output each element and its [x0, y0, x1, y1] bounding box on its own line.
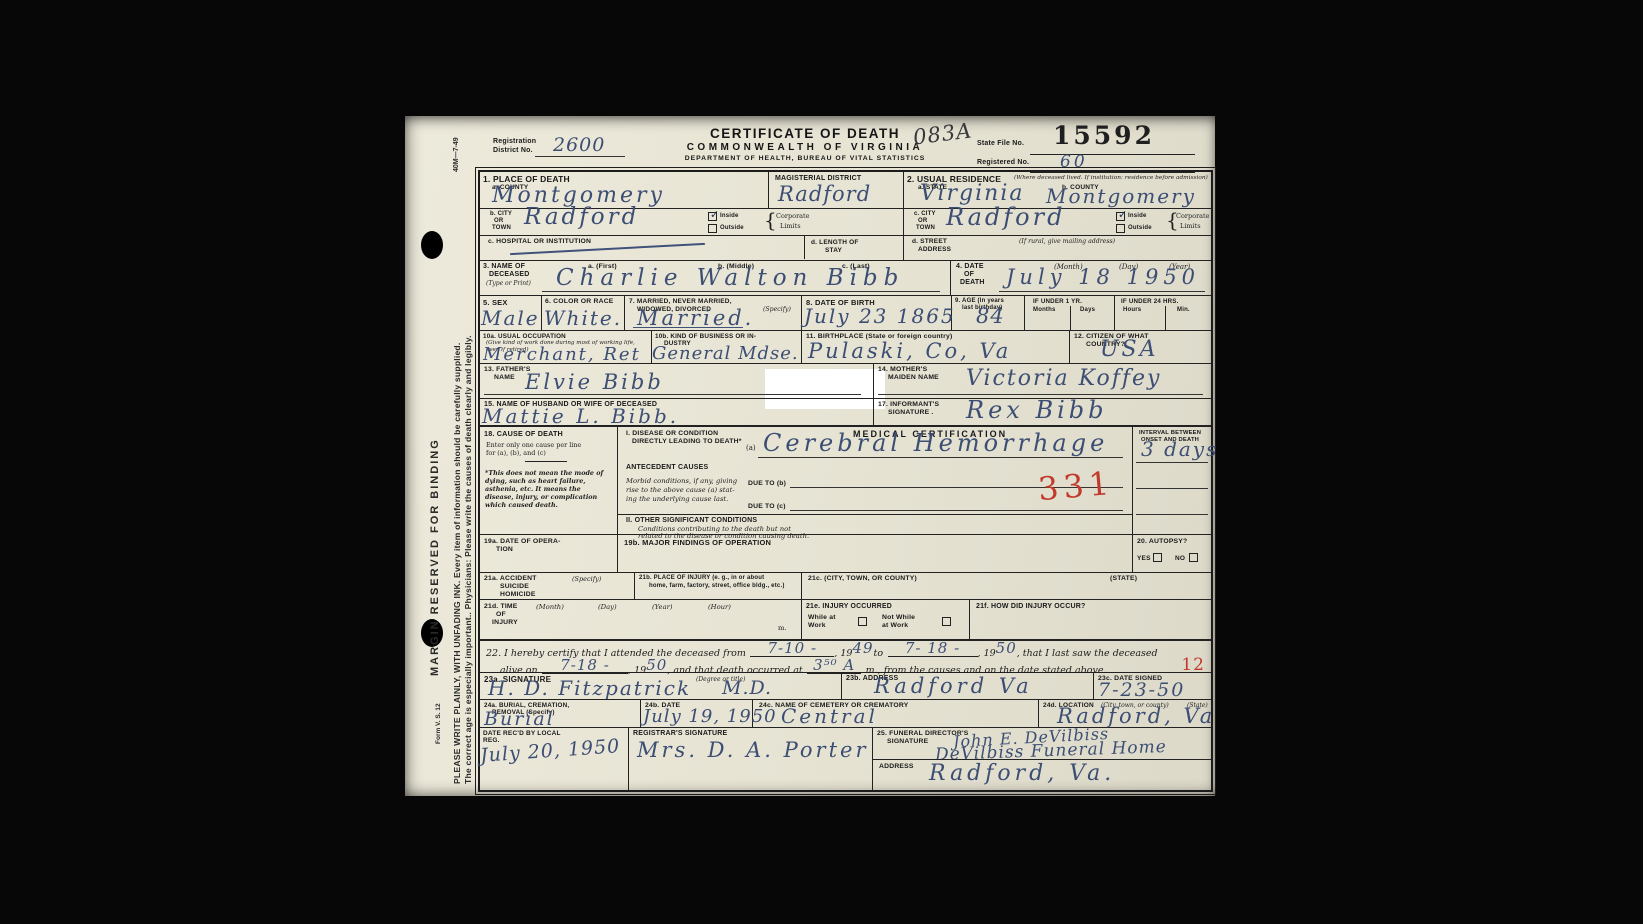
cemetery-value: Central — [781, 704, 878, 728]
operation-date-label2: TION — [496, 546, 513, 554]
margin-binding-note: MARGIN RESERVED FOR BINDING — [429, 438, 441, 676]
interval-rule3 — [1136, 514, 1208, 515]
pencil-code: 083A — [912, 118, 974, 149]
funeral-address-subrow: ADDRESS Radford, Va. — [873, 759, 1211, 790]
funeral-director-label2: SIGNATURE — [887, 738, 928, 746]
punch-hole-top — [421, 231, 443, 259]
citizen-value: USA — [1100, 337, 1159, 362]
burial-location-box: 24d. LOCATION (City, town, or county) (S… — [1039, 700, 1211, 727]
res-inside-label: Inside — [1128, 213, 1147, 220]
accident-label1: 21a. ACCIDENT — [484, 575, 537, 583]
street-address-note: (If rural, give mailing address) — [1019, 238, 1115, 246]
length-of-stay-label1: d. LENGTH OF — [811, 239, 859, 247]
red-annotation: 12 — [1181, 655, 1205, 675]
registration-label-line1: Registration — [493, 138, 536, 146]
alive-year-value: 50 — [646, 656, 667, 674]
row-spouse-informant: 15. NAME OF HUSBAND OR WIFE OF DECEASED … — [480, 399, 1211, 426]
death-certificate-scan: 40M—7-49 MARGIN RESERVED FOR BINDING PLE… — [405, 116, 1215, 796]
registrar-signature-box: REGISTRAR'S SIGNATURE Mrs. D. A. Porter — [629, 728, 873, 790]
informant-box: 17. INFORMANT'S SIGNATURE . Rex Bibb — [874, 399, 1211, 425]
injury-state-label: (STATE) — [1110, 575, 1137, 583]
marital-status-box: 7. MARRIED, NEVER MARRIED, WIDOWED, DIVO… — [625, 296, 802, 330]
operation-findings-box: 19b. MAJOR FINDINGS OF OPERATION — [618, 535, 1133, 572]
pod-corporate-label1: Corporate — [776, 212, 810, 220]
hours-min-divider — [1165, 306, 1166, 330]
place-of-injury-box: 21b. PLACE OF INJURY (e. g., in or about… — [635, 573, 802, 599]
birthplace-box: 11. BIRTHPLACE (State or foreign country… — [802, 331, 1070, 363]
not-while-checkbox — [942, 617, 951, 626]
injury-m-label: m. — [778, 624, 787, 632]
spouse-value: Mattie L. Bibb. — [482, 404, 679, 428]
row-registrar-funeral: DATE REC'D BY LOCAL REG. July 20, 1950 R… — [480, 728, 1211, 790]
pod-outside-label: Outside — [720, 225, 744, 232]
disease-label1: I. DISEASE OR CONDITION — [626, 430, 718, 438]
death-hour-value: 3⁵⁰ A — [813, 656, 855, 674]
operation-date-label1: 19a. DATE OF OPERA- — [484, 538, 561, 546]
father-box: 13. FATHER'S NAME Elvie Bibb — [480, 364, 874, 398]
how-injury-label: 21f. HOW DID INJURY OCCUR? — [976, 603, 1085, 611]
cause-code-stamp: 331 — [1036, 463, 1115, 507]
pod-outside-checkbox — [708, 224, 717, 233]
cause-a-value: Cerebral Hemorrhage — [763, 429, 1108, 457]
registered-number-label: Registered No. — [977, 159, 1029, 167]
accident-specify-label: (Specify) — [572, 575, 601, 583]
dod-value: July 18 1950 — [1006, 265, 1200, 289]
certify-statement: 22. I hereby certify that I attended the… — [480, 641, 1211, 672]
injury-day-label: (Day) — [598, 603, 617, 611]
accident-box: 21a. ACCIDENT (Specify) SUICIDE HOMICIDE — [480, 573, 635, 599]
autopsy-yes-label: YES — [1137, 555, 1151, 563]
injury-time-label3: INJURY — [492, 619, 518, 627]
injury-city-state-box: 21c. (CITY, TOWN, OR COUNTY) (STATE) — [802, 573, 1211, 599]
operation-findings-label: 19b. MAJOR FINDINGS OF OPERATION — [624, 538, 771, 547]
magisterial-district-value: Radford — [778, 182, 871, 206]
funeral-address-value: Radford, Va. — [929, 761, 1115, 786]
business-box: 10b. KIND OF BUSINESS OR IN- DUSTRY Gene… — [652, 331, 802, 363]
street-address-label1: d. STREET — [912, 238, 947, 246]
commonwealth-subtitle: COMMONWEALTH OF VIRGINIA — [655, 142, 955, 153]
sex-value: Male — [481, 306, 540, 330]
row-operation-autopsy: 19a. DATE OF OPERA- TION 19b. MAJOR FIND… — [480, 535, 1211, 573]
pod-corporate-brace: { — [764, 208, 777, 233]
certificate-form: 1. PLACE OF DEATH a. COUNTY Montgomery M… — [478, 170, 1213, 792]
how-injury-box: 21f. HOW DID INJURY OCCUR? — [970, 600, 1211, 639]
not-while-label1: Not While — [882, 614, 915, 622]
row-vitals: 5. SEX Male 6. COLOR OR RACE White. 7. M… — [480, 296, 1211, 331]
cause-note-divider — [525, 461, 567, 462]
burial-date-value: July 19, 1950 — [643, 706, 777, 727]
registration-rule — [535, 156, 625, 157]
cause-note-line2: for (a), (b), and (c) — [486, 449, 546, 457]
interval-rule2 — [1136, 488, 1208, 489]
occupation-box: 10a. USUAL OCCUPATION (Give kind of work… — [480, 331, 652, 363]
pod-city-label3: TOWN — [492, 225, 511, 232]
row-place-residence: 1. PLACE OF DEATH a. COUNTY Montgomery M… — [480, 172, 1211, 261]
res-corporate-label2: Limits — [1180, 222, 1201, 230]
dob-value: July 23 1865 — [804, 304, 956, 328]
dod-rule — [999, 291, 1205, 292]
accident-label2: SUICIDE — [500, 583, 529, 591]
accident-label3: HOMICIDE — [500, 591, 536, 599]
pod-city-subrow: b. CITY OR TOWN Radford ✓ Inside Outside… — [480, 209, 903, 236]
race-box: 6. COLOR OR RACE White. — [542, 296, 625, 330]
injury-city-label: 21c. (CITY, TOWN, OR COUNTY) — [808, 575, 917, 583]
row-name-dod: 3. NAME OF DECEASED (Type or Print) a. (… — [480, 261, 1211, 296]
autopsy-no-checkbox — [1189, 553, 1198, 562]
date-received-box: DATE REC'D BY LOCAL REG. July 20, 1950 — [480, 728, 629, 790]
antecedent-title: ANTECEDENT CAUSES — [626, 464, 708, 472]
to-year-value: 50 — [996, 639, 1017, 657]
physician-signature-box: 23a. SIGNATURE (Degree or title) H. D. F… — [480, 673, 842, 699]
under-24hr-label: IF UNDER 24 HRS. — [1121, 298, 1179, 305]
informant-value: Rex Bibb — [966, 396, 1107, 424]
row-injury-time: 21d. TIME OF INJURY (Month) (Day) (Year)… — [480, 600, 1211, 640]
name-label2: DECEASED — [489, 271, 530, 279]
interval-box: INTERVAL BETWEEN ONSET AND DEATH 3 days — [1133, 427, 1211, 535]
cause-of-death-label-box: 18. CAUSE OF DEATH Enter only one cause … — [480, 427, 618, 535]
occupation-value: Merchant, Ret — [483, 344, 641, 365]
under-24-hours-box: IF UNDER 24 HRS. Hours Min. — [1115, 296, 1211, 330]
interval-value: 3 days — [1141, 437, 1218, 461]
due-to-c-rule — [790, 510, 1123, 511]
injury-time-label2: OF — [496, 611, 506, 619]
row-occupation: 10a. USUAL OCCUPATION (Give kind of work… — [480, 331, 1211, 364]
injury-year-label: (Year) — [652, 603, 673, 611]
informant-label1: 17. INFORMANT'S — [878, 401, 939, 409]
marital-label1: 7. MARRIED, NEVER MARRIED, — [629, 298, 732, 306]
row-medical-certification: 18. CAUSE OF DEATH Enter only one cause … — [480, 426, 1211, 536]
informant-label2: SIGNATURE . — [888, 409, 934, 417]
physician-signature-value: H. D. Fitzpatrick — [488, 676, 691, 700]
interval-rule1 — [1136, 462, 1208, 463]
injury-occurred-box: 21e. INJURY OCCURRED While at Work Not W… — [802, 600, 970, 639]
under-one-year-box: IF UNDER 1 YR. Months Days — [1025, 296, 1115, 330]
marital-underline — [633, 327, 743, 328]
row-certify-statement: 22. I hereby certify that I attended the… — [480, 640, 1211, 673]
res-street-subrow: d. STREET ADDRESS (If rural, give mailin… — [904, 236, 1211, 259]
registered-number: 60 — [1060, 152, 1088, 172]
attended-from-value: 7-10 - — [768, 639, 818, 657]
state-file-number: 15592 — [1053, 121, 1155, 150]
res-county-value: Montgomery — [1046, 184, 1196, 208]
certify-text-2: to — [874, 648, 884, 659]
funeral-address-label: ADDRESS — [879, 763, 914, 771]
attended-to-value: 7- 18 - — [905, 639, 960, 657]
res-city-value: Radford — [946, 203, 1065, 231]
place-of-injury-label1: 21b. PLACE OF INJURY (e. g., in or about — [639, 575, 764, 582]
funeral-director-box: 25. FUNERAL DIRECTOR'S SIGNATURE John E.… — [873, 728, 1211, 790]
margin-instruction-line2: The correct age is especially important.… — [463, 335, 473, 784]
autopsy-label: 20. AUTOPSY? — [1137, 538, 1187, 546]
race-value: White. — [544, 306, 622, 330]
months-days-divider — [1070, 306, 1071, 330]
registration-district-number: 2600 — [553, 134, 605, 156]
injury-time-box: 21d. TIME OF INJURY (Month) (Day) (Year)… — [480, 600, 802, 639]
certificate-header: CERTIFICATE OF DEATH COMMONWEALTH OF VIR… — [655, 126, 955, 162]
scan-background: { "colors":{"paper":"#e6e3d3","ink":"#3c… — [0, 0, 1643, 924]
name-of-deceased-box: 3. NAME OF DECEASED (Type or Print) a. (… — [480, 261, 951, 295]
father-value: Elvie Bibb — [525, 370, 664, 394]
certify-text-3: , that I last saw the deceased — [1017, 648, 1158, 659]
hospital-label: c. HOSPITAL OR INSTITUTION — [488, 238, 591, 246]
father-label1: 13. FATHER'S — [484, 366, 531, 374]
res-city-subrow: c. CITY OR TOWN Radford ✓ Inside Outside… — [904, 209, 1211, 236]
pod-corporate-label2: Limits — [780, 222, 801, 230]
disease-label2: DIRECTLY LEADING TO DEATH* — [632, 438, 742, 446]
medical-certification-box: MEDICAL CERTIFICATION I. DISEASE OR COND… — [618, 427, 1133, 535]
injury-month-label: (Month) — [536, 603, 564, 611]
res-title-note: (Where deceased lived. If institution: r… — [1014, 175, 1208, 182]
res-corporate-label1: Corporate — [1176, 212, 1210, 220]
while-at-work-label2: Work — [808, 622, 826, 630]
burial-date-box: 24b. DATE July 19, 1950 — [641, 700, 753, 727]
date-signed-box: 23c. DATE SIGNED 7-23-50 — [1094, 673, 1211, 699]
autopsy-yes-checkbox — [1153, 553, 1162, 562]
burial-type-box: 24a. BURIAL, CREMATION, REMOVAL (Specify… — [480, 700, 641, 727]
not-while-label2: at Work — [882, 622, 908, 630]
mother-label2: MAIDEN NAME — [888, 374, 939, 382]
antecedent-note2: rise to the above cause (a) stat- — [626, 486, 735, 494]
checkmark-icon: ✓ — [1118, 208, 1127, 221]
injury-time-label1: 21d. TIME — [484, 603, 518, 611]
cause-note-line1: Enter only one cause per line — [486, 441, 581, 449]
min-label: Min. — [1177, 307, 1190, 314]
date-received-value: July 20, 1950 — [479, 735, 621, 767]
under-1yr-label: IF UNDER 1 YR. — [1033, 298, 1082, 305]
usual-residence-box: 2. USUAL RESIDENCE (Where deceased lived… — [904, 172, 1211, 260]
pod-inside-label: Inside — [720, 213, 739, 220]
birthplace-value: Pulaski, Co, Va — [808, 339, 1011, 363]
mother-value: Victoria Koffey — [966, 366, 1161, 391]
interval-label1: INTERVAL BETWEEN — [1139, 430, 1201, 437]
sex-box: 5. SEX Male — [480, 296, 542, 330]
registrar-signature-value: Mrs. D. A. Porter — [637, 738, 869, 762]
age-value: 84 — [976, 304, 1005, 328]
cause-title: 18. CAUSE OF DEATH — [484, 430, 563, 439]
antecedent-note1: Morbid conditions, if any, giving — [626, 477, 737, 485]
mother-box: 14. MOTHER'S MAIDEN NAME Victoria Koffey — [874, 364, 1211, 398]
cause-a-rule — [758, 457, 1123, 458]
date-of-birth-box: 8. DATE OF BIRTH July 23 1865 — [802, 296, 952, 330]
injury-hour-label: (Hour) — [708, 603, 731, 611]
cemetery-box: 24c. NAME OF CEMETERY OR CREMATORY Centr… — [753, 700, 1039, 727]
cause-footnote: *This does not mean the mode of dying, s… — [485, 469, 611, 509]
injury-occurred-label: 21e. INJURY OCCURRED — [806, 603, 892, 611]
street-address-label2: ADDRESS — [918, 246, 951, 254]
due-to-c-label: DUE TO (c) — [748, 503, 786, 511]
from-year-value: 49 — [852, 639, 873, 657]
autopsy-box: 20. AUTOPSY? YES NO — [1133, 535, 1211, 572]
physician-address-value: Radford Va — [874, 674, 1033, 698]
row-physician: 23a. SIGNATURE (Degree or title) H. D. F… — [480, 673, 1211, 700]
physician-address-box: 23b. ADDRESS Radford Va — [842, 673, 1094, 699]
length-of-stay-label2: STAY — [825, 247, 842, 255]
department-line: DEPARTMENT OF HEALTH, BUREAU OF VITAL ST… — [655, 155, 955, 162]
checkmark-icon: ✓ — [710, 208, 719, 221]
res-city-label3: TOWN — [916, 225, 935, 232]
state-file-label: State File No. — [977, 140, 1024, 148]
pod-hospital-subrow: c. HOSPITAL OR INSTITUTION d. LENGTH OF … — [480, 236, 903, 259]
while-at-work-checkbox — [858, 617, 867, 626]
print-run-code: 40M—7-49 — [453, 137, 460, 172]
attended-to-field: 7- 18 - — [888, 644, 978, 657]
certify-19-b: , 19 — [978, 648, 996, 659]
pod-city-value: Radford — [524, 204, 639, 230]
name-label3: (Type or Print) — [486, 280, 531, 288]
pod-magisterial-divider — [768, 172, 769, 208]
citizen-box: 12. CITIZEN OF WHAT COUNTRY? USA — [1070, 331, 1211, 363]
operation-date-box: 19a. DATE OF OPERA- TION — [480, 535, 618, 572]
row-injury-place: 21a. ACCIDENT (Specify) SUICIDE HOMICIDE… — [480, 573, 1211, 600]
deceased-name-value: Charlie Walton Bibb — [556, 265, 904, 291]
father-rule — [484, 394, 861, 395]
place-of-injury-label2: home, farm, factory, street, office bldg… — [649, 583, 785, 590]
race-label: 6. COLOR OR RACE — [545, 298, 614, 306]
res-outside-label: Outside — [1128, 225, 1152, 232]
while-at-work-label1: While at — [808, 614, 836, 622]
res-outside-checkbox — [1116, 224, 1125, 233]
days-label: Days — [1080, 307, 1095, 314]
date-signed-value: 7-23-50 — [1098, 679, 1185, 701]
other-conditions-subrow: II. OTHER SIGNIFICANT CONDITIONS Conditi… — [618, 514, 1132, 535]
name-rule — [542, 291, 940, 292]
marital-specify-label: (Specify) — [763, 306, 791, 314]
autopsy-no-label: NO — [1175, 555, 1185, 563]
place-of-death-box: 1. PLACE OF DEATH a. COUNTY Montgomery M… — [480, 172, 904, 260]
father-label2: NAME — [494, 374, 515, 382]
dod-label3: DEATH — [960, 279, 985, 287]
stay-divider — [804, 236, 805, 259]
pod-inside-checkbox: ✓ — [708, 212, 717, 221]
certify-text-1: 22. I hereby certify that I attended the… — [486, 648, 746, 659]
burial-type-value: Burial — [484, 708, 555, 730]
due-to-b-label: DUE TO (b) — [748, 480, 786, 488]
cause-a-prefix: (a) — [746, 444, 756, 453]
certificate-title: CERTIFICATE OF DEATH — [655, 126, 955, 141]
form-number: Form V. S. 12 — [435, 703, 442, 744]
spouse-box: 15. NAME OF HUSBAND OR WIFE OF DECEASED … — [480, 399, 874, 425]
mother-rule — [878, 394, 1203, 395]
age-box: 9. AGE (In years last birthday) 84 — [952, 296, 1025, 330]
degree-value: M.D. — [722, 677, 772, 699]
alive-on-value: 7-18 - — [560, 656, 610, 674]
res-inside-checkbox: ✓ — [1116, 212, 1125, 221]
state-file-rule — [1030, 154, 1195, 155]
row-parents: 13. FATHER'S NAME Elvie Bibb 14. MOTHER'… — [480, 364, 1211, 399]
business-value: General Mdse. — [652, 343, 799, 364]
date-of-death-box: 4. DATE OF DEATH (Month) (Day) (Year) Ju… — [951, 261, 1211, 295]
mother-label1: 14. MOTHER'S — [878, 366, 927, 374]
hours-label: Hours — [1123, 307, 1141, 314]
months-label: Months — [1033, 307, 1056, 314]
registration-label-line2: District No. — [493, 147, 533, 155]
margin-instruction-line1: PLEASE WRITE PLAINLY, WITH UNFADING INK.… — [452, 343, 462, 784]
antecedent-note3: ing the underlying cause last. — [626, 495, 728, 503]
